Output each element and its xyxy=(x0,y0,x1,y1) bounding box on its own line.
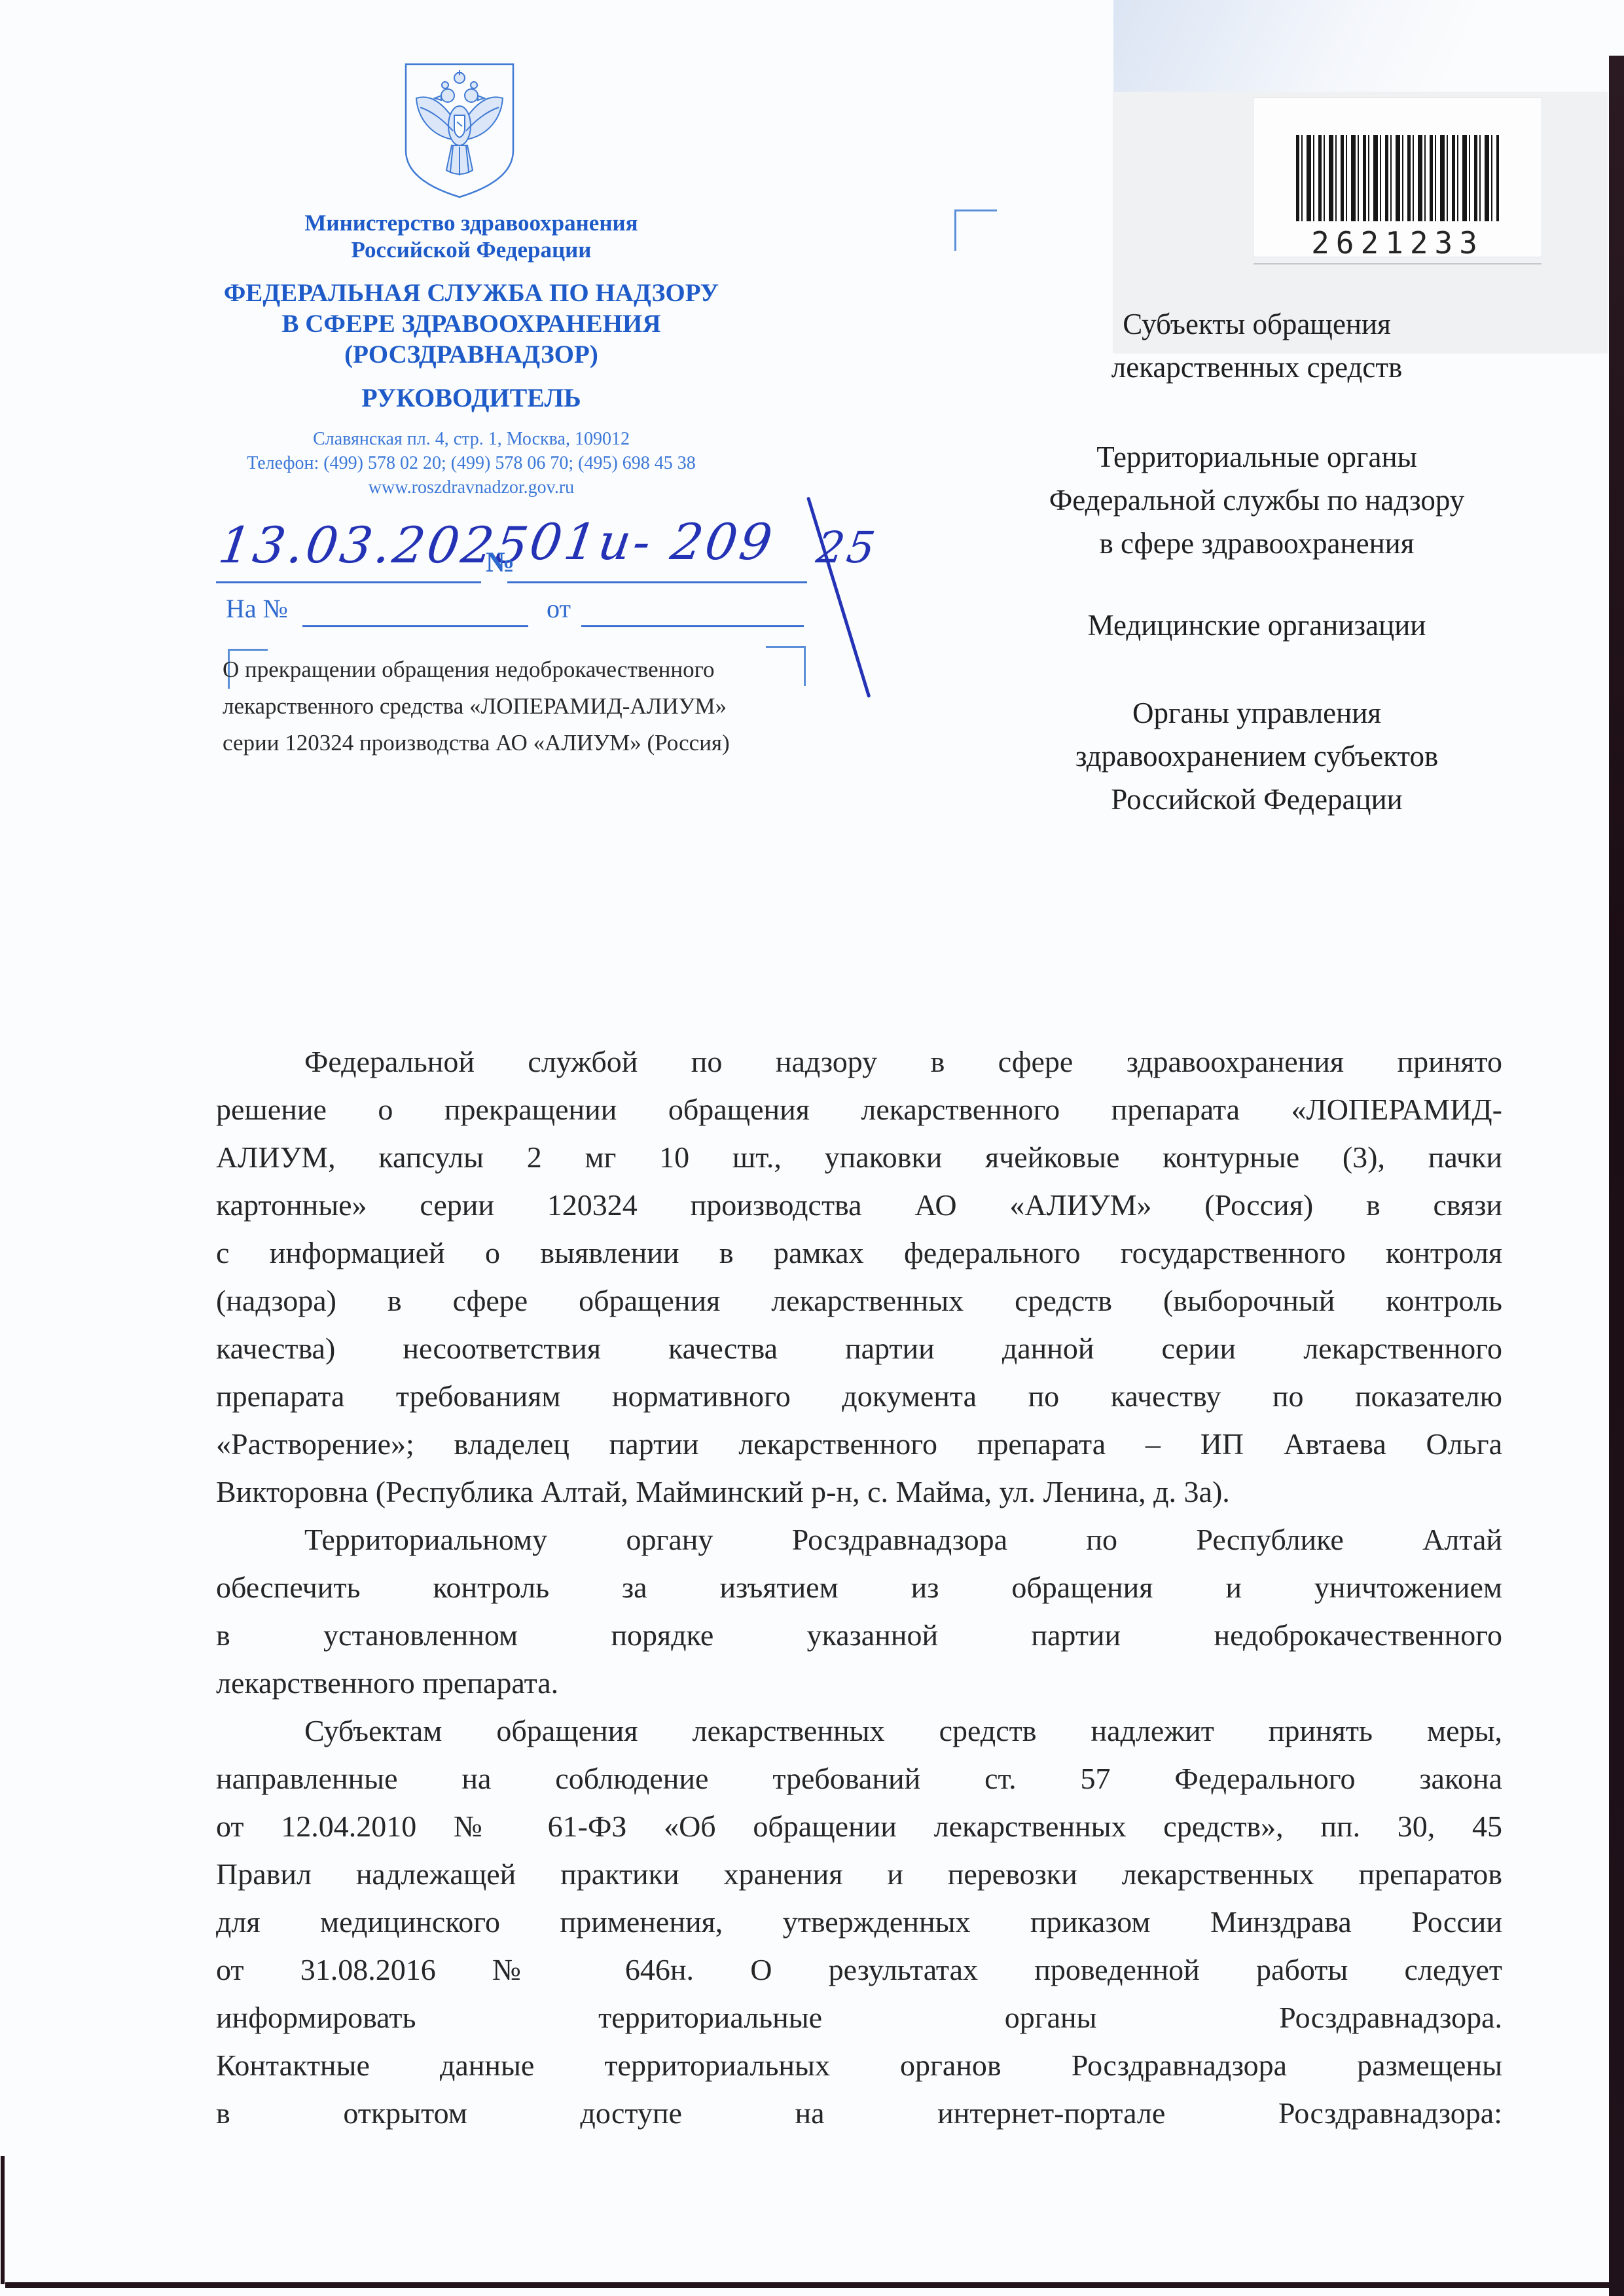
paragraph-1-lastline: Викторовна (Республика Алтай, Майминский… xyxy=(216,1468,1502,1516)
letter-body: Федеральной службой по надзору в сфере з… xyxy=(216,1038,1502,2137)
paragraph-3: Субъектам обращения лекарственных средст… xyxy=(216,1707,1502,2137)
addressee-2: Территориальные органы Федеральной служб… xyxy=(975,435,1538,565)
number-sign: № xyxy=(486,545,514,579)
ref-number-underline xyxy=(302,625,528,627)
crop-mark-addressee xyxy=(954,210,997,251)
scan-edge-left xyxy=(1,2156,5,2284)
barcode-number: 2621233 xyxy=(1254,225,1542,261)
paragraph-2-lastline: лекарственного препарата. xyxy=(216,1659,1502,1707)
handwritten-number-suffix: 25 xyxy=(814,522,881,573)
subject-text: О прекращении обращения недоброкачествен… xyxy=(223,651,838,761)
service-name: ФЕДЕРАЛЬНАЯ СЛУЖБА ПО НАДЗОРУ В СФЕРЕ ЗД… xyxy=(170,278,772,370)
signer-role: РУКОВОДИТЕЛЬ xyxy=(170,382,772,413)
ministry-name: Министерство здравоохранения Российской … xyxy=(170,210,772,263)
scanned-letter-page: Министерство здравоохранения Российской … xyxy=(0,0,1624,2296)
addressee-1: Субъекты обращения лекарственных средств xyxy=(975,302,1538,389)
barcode-sticker: 2621233 xyxy=(1254,98,1542,257)
number-underline xyxy=(507,581,807,583)
paragraph-2: Территориальному органу Росздравнадзора … xyxy=(216,1516,1502,1707)
barcode-icon xyxy=(1296,135,1499,221)
paragraph-3-text: Субъектам обращения лекарственных средст… xyxy=(216,1707,1502,2137)
sticker-divider xyxy=(1254,263,1542,264)
paragraph-1: Федеральной службой по надзору в сфере з… xyxy=(216,1038,1502,1516)
ref-date-label: от xyxy=(547,593,571,624)
addressee-3: Медицинские организации xyxy=(975,604,1538,647)
scan-smudge-top-right xyxy=(1113,0,1611,98)
coat-of-arms-icon xyxy=(401,60,518,204)
handwritten-number: 01и- 209 xyxy=(526,513,778,571)
scan-edge-bottom xyxy=(5,2282,1609,2288)
paragraph-2-text: Территориальному органу Росздравнадзора … xyxy=(216,1516,1502,1659)
scan-edge-right xyxy=(1609,56,1624,2296)
ref-date-underline xyxy=(581,625,804,627)
date-underline xyxy=(216,581,481,583)
paragraph-1-text: Федеральной службой по надзору в сфере з… xyxy=(216,1038,1502,1468)
contact-block: Славянская пл. 4, стр. 1, Москва, 109012… xyxy=(170,427,772,500)
addressee-4: Органы управления здравоохранением субъе… xyxy=(975,691,1538,821)
ref-number-label: На № xyxy=(226,593,288,624)
